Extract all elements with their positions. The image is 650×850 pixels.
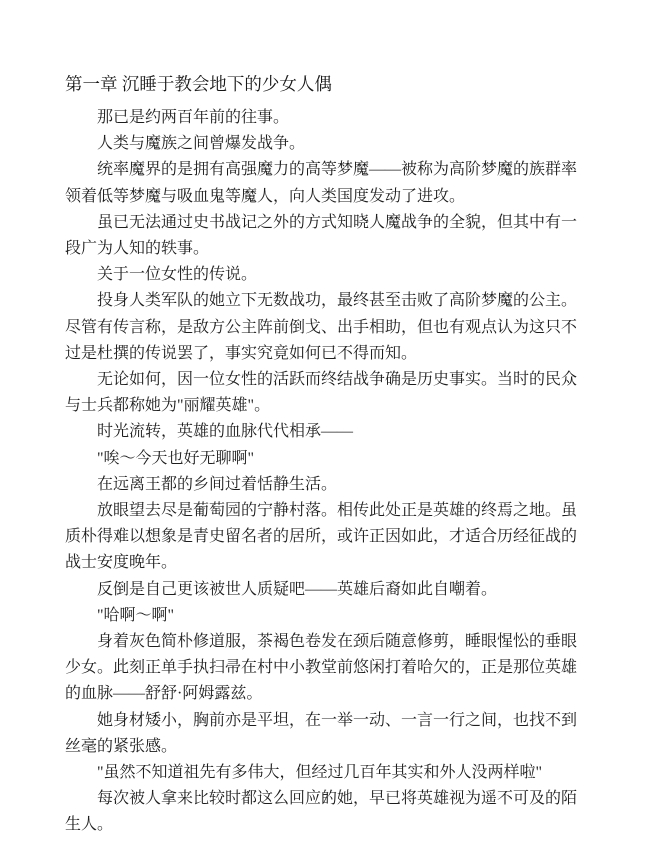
paragraph-dialogue: "唉～今天也好无聊啊" [65,446,577,472]
paragraph: 虽已无法通过史书战记之外的方式知晓人魔战争的全貌，但其中有一段广为人知的轶事。 [65,210,577,262]
paragraph: 时光流转，英雄的血脉代代相承—— [65,419,577,445]
paragraph: 统率魔界的是拥有高强魔力的高等梦魔——被称为高阶梦魔的族群率领着低等梦魔与吸血鬼… [65,157,577,209]
paragraph: 关于一位女性的传说。 [65,262,577,288]
paragraph: 在远离王都的乡间过着恬静生活。 [65,472,577,498]
page-number: 7 [0,792,650,808]
paragraph: 投身人类军队的她立下无数战功，最终甚至击败了高阶梦魔的公主。尽管有传言称，是敌方… [65,288,577,367]
document-page: 第一章 沉睡于教会地下的少女人偶 那已是约两百年前的往事。 人类与魔族之间曾爆发… [0,0,650,850]
paragraph: 反倒是自己更该被世人质疑吧——英雄后裔如此自嘲着。 [65,577,577,603]
paragraph-dialogue: "哈啊～啊" [65,603,577,629]
paragraph-dialogue: "虽然不知道祖先有多伟大，但经过几百年其实和外人没两样啦" [65,760,577,786]
paragraph: 她身材矮小，胸前亦是平坦，在一举一动、一言一行之间，也找不到丝毫的紧张感。 [65,708,577,760]
paragraph: 放眼望去尽是葡萄园的宁静村落。相传此处正是英雄的终焉之地。虽质朴得难以想象是青史… [65,498,577,577]
paragraph: 那已是约两百年前的往事。 [65,105,577,131]
paragraph: 人类与魔族之间曾爆发战争。 [65,131,577,157]
chapter-title: 第一章 沉睡于教会地下的少女人偶 [65,72,577,96]
paragraph: 身着灰色简朴修道服，茶褐色卷发在颈后随意修剪，睡眼惺忪的垂眼少女。此刻正单手执扫… [65,629,577,708]
page-content: 第一章 沉睡于教会地下的少女人偶 那已是约两百年前的往事。 人类与魔族之间曾爆发… [65,72,577,839]
paragraph: 无论如何，因一位女性的活跃而终结战争确是历史事实。当时的民众与士兵都称她为"丽耀… [65,367,577,419]
